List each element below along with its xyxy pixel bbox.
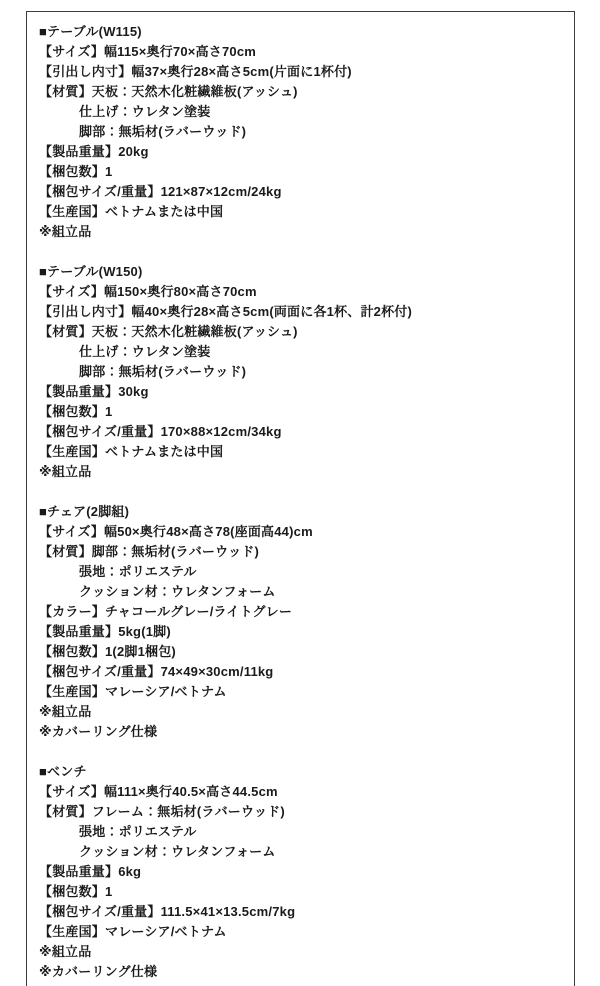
spec-line: 【梱包サイズ/重量】170×88×12cm/34kg <box>39 422 562 442</box>
spec-line: 【梱包サイズ/重量】74×49×30cm/11kg <box>39 662 562 682</box>
spec-line: 【引出し内寸】幅40×奥行28×高さ5cm(両面に各1杯、計2杯付) <box>39 302 562 322</box>
spec-line: 【生産国】マレーシア/ベトナム <box>39 922 562 942</box>
spec-line: ※組立品 <box>39 942 562 962</box>
spec-line: 脚部：無垢材(ラバーウッド) <box>39 362 562 382</box>
spec-line: 【生産国】ベトナムまたは中国 <box>39 442 562 462</box>
spec-line: ※組立品 <box>39 462 562 482</box>
spec-line: 【サイズ】幅115×奥行70×高さ70cm <box>39 42 562 62</box>
spec-line: クッション材：ウレタンフォーム <box>39 582 562 602</box>
spec-section: ■チェア(2脚組) 【サイズ】幅50×奥行48×高さ78(座面高44)cm【材質… <box>39 502 562 742</box>
section-title: ■チェア(2脚組) <box>39 502 562 522</box>
spec-line: 【製品重量】5kg(1脚) <box>39 622 562 642</box>
spec-line: 張地：ポリエステル <box>39 822 562 842</box>
spec-line: 【梱包数】1(2脚1梱包) <box>39 642 562 662</box>
spec-line: 【製品重量】6kg <box>39 862 562 882</box>
spec-line: 【サイズ】幅150×奥行80×高さ70cm <box>39 282 562 302</box>
spec-line: 【サイズ】幅111×奥行40.5×高さ44.5cm <box>39 782 562 802</box>
spec-line: 【梱包数】1 <box>39 402 562 422</box>
spec-line: ※カバーリング仕様 <box>39 722 562 742</box>
section-title: ■テーブル(W150) <box>39 262 562 282</box>
spec-line: 【製品重量】30kg <box>39 382 562 402</box>
spec-line: 【カラー】チャコールグレー/ライトグレー <box>39 602 562 622</box>
section-title: ■ベンチ <box>39 762 562 782</box>
spec-line: ※組立品 <box>39 702 562 722</box>
spec-section: ■テーブル(W115) 【サイズ】幅115×奥行70×高さ70cm【引出し内寸】… <box>39 22 562 242</box>
spec-line: 【梱包サイズ/重量】111.5×41×13.5cm/7kg <box>39 902 562 922</box>
spec-line: 【材質】天板：天然木化粧繊維板(アッシュ) <box>39 82 562 102</box>
spec-line: 【サイズ】幅50×奥行48×高さ78(座面高44)cm <box>39 522 562 542</box>
spec-line: ※組立品 <box>39 222 562 242</box>
section-title: ■テーブル(W115) <box>39 22 562 42</box>
spec-line: 【材質】脚部：無垢材(ラバーウッド) <box>39 542 562 562</box>
spec-line: 【梱包数】1 <box>39 882 562 902</box>
spec-line: 【梱包サイズ/重量】121×87×12cm/24kg <box>39 182 562 202</box>
spec-line: 【製品重量】20kg <box>39 142 562 162</box>
spec-line: ※カバーリング仕様 <box>39 962 562 982</box>
spec-line: 【生産国】マレーシア/ベトナム <box>39 682 562 702</box>
spec-line: 【引出し内寸】幅37×奥行28×高さ5cm(片面に1杯付) <box>39 62 562 82</box>
spec-line: 【材質】フレーム：無垢材(ラバーウッド) <box>39 802 562 822</box>
product-spec-page: ■テーブル(W115) 【サイズ】幅115×奥行70×高さ70cm【引出し内寸】… <box>0 0 600 986</box>
spec-line: クッション材：ウレタンフォーム <box>39 842 562 862</box>
spec-box: ■テーブル(W115) 【サイズ】幅115×奥行70×高さ70cm【引出し内寸】… <box>26 11 575 986</box>
spec-section: ■ベンチ 【サイズ】幅111×奥行40.5×高さ44.5cm【材質】フレーム：無… <box>39 762 562 982</box>
spec-line: 張地：ポリエステル <box>39 562 562 582</box>
spec-line: 【材質】天板：天然木化粧繊維板(アッシュ) <box>39 322 562 342</box>
spec-line: 仕上げ：ウレタン塗装 <box>39 342 562 362</box>
spec-line: 脚部：無垢材(ラバーウッド) <box>39 122 562 142</box>
spec-line: 仕上げ：ウレタン塗装 <box>39 102 562 122</box>
spec-section: ■テーブル(W150) 【サイズ】幅150×奥行80×高さ70cm【引出し内寸】… <box>39 262 562 482</box>
spec-line: 【生産国】ベトナムまたは中国 <box>39 202 562 222</box>
spec-line: 【梱包数】1 <box>39 162 562 182</box>
